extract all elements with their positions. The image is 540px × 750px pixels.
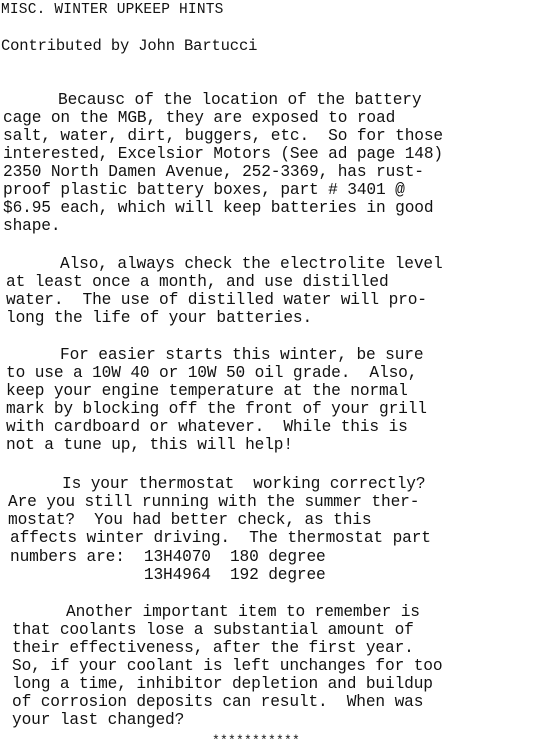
text-line: that coolants lose a substantial amount …: [12, 621, 414, 639]
text-line: proof plastic battery boxes, part # 3401…: [3, 181, 405, 199]
document-title: MISC. WINTER UPKEEP HINTS: [1, 1, 224, 19]
text-line: 13H4964 192 degree: [10, 566, 326, 584]
text-line: mostat? You had better check, as this: [8, 511, 371, 529]
text-line: keep your engine temperature at the norm…: [6, 382, 408, 400]
text-line: mark by blocking off the front of your g…: [6, 400, 427, 418]
text-line: with cardboard or whatever. While this i…: [6, 418, 408, 436]
text-line: long a time, inhibitor depletion and bui…: [12, 675, 433, 693]
text-line: salt, water, dirt, buggers, etc. So for …: [3, 127, 443, 145]
text-line: $6.95 each, which will keep batteries in…: [3, 199, 433, 217]
text-line: shape.: [3, 217, 60, 235]
text-line: at least once a month, and use distilled: [6, 273, 389, 291]
text-line: 2350 North Damen Avenue, 252-3369, has r…: [3, 163, 424, 181]
document-page: MISC. WINTER UPKEEP HINTS Contributed by…: [0, 0, 540, 750]
text-line: Also, always check the electrolite level: [60, 255, 443, 273]
text-line: interested, Excelsior Motors (See ad pag…: [3, 145, 443, 163]
text-line: your last changed?: [12, 711, 184, 729]
byline: Contributed by John Bartucci: [1, 37, 257, 55]
text-line: For easier starts this winter, be sure: [60, 346, 423, 364]
text-line: Are you still running with the summer th…: [8, 493, 419, 511]
text-line: of corrosion deposits can result. When w…: [12, 693, 423, 711]
text-line: water. The use of distilled water will p…: [6, 291, 427, 309]
text-line: So, if your coolant is left unchanges fo…: [12, 657, 442, 675]
text-line: Another important item to remember is: [66, 603, 420, 621]
separator-asterisks: ***********: [212, 732, 300, 750]
text-line: not a tune up, this will help!: [6, 436, 293, 454]
text-line: numbers are: 13H4070 180 degree: [10, 548, 326, 566]
text-line: to use a 10W 40 or 10W 50 oil grade. Als…: [6, 364, 417, 382]
text-line: Is your thermostat working correctly?: [62, 475, 425, 493]
text-line: their effectiveness, after the first yea…: [12, 639, 414, 657]
text-line: affects winter driving. The thermostat p…: [10, 529, 431, 547]
text-line: Becausc of the location of the battery: [58, 91, 421, 109]
text-line: cage on the MGB, they are exposed to roa…: [3, 109, 395, 127]
text-line: long the life of your batteries.: [6, 309, 312, 327]
